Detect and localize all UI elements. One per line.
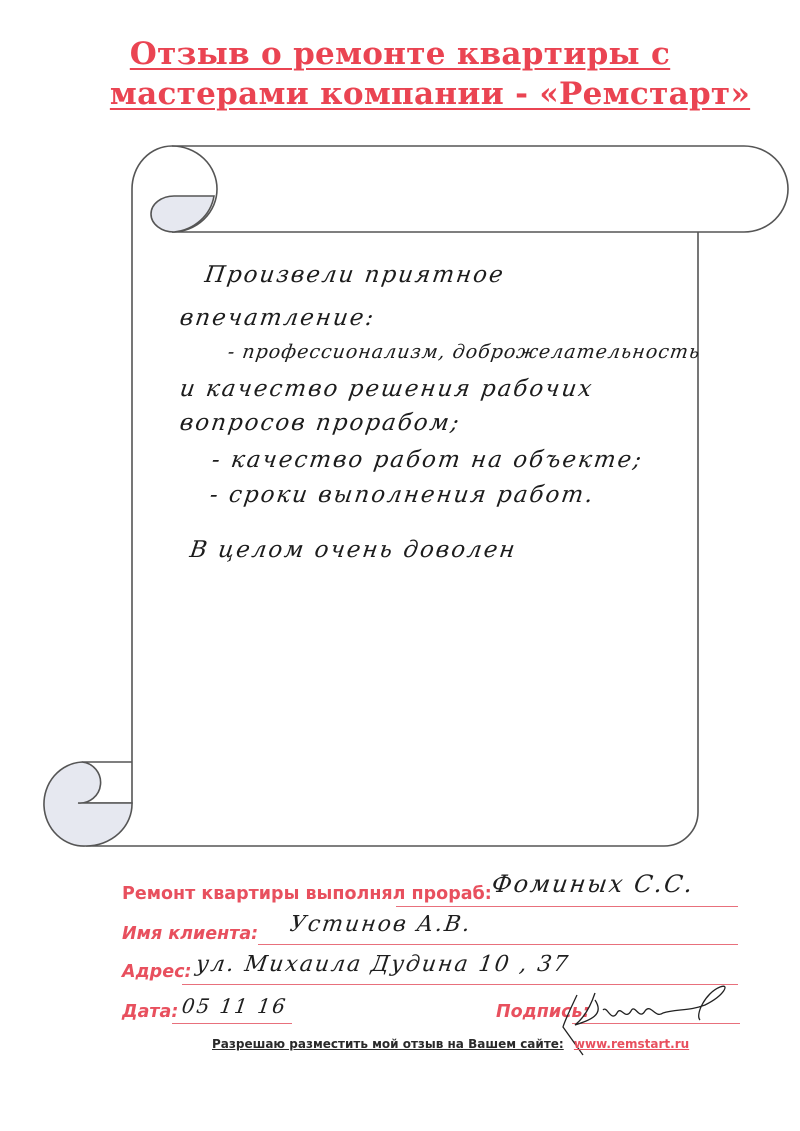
foreman-value: Фоминых С.С. [490,870,696,898]
foreman-label: Ремонт квартиры выполнял прораб: [122,884,492,904]
review-line: - качество работ на объекте; [210,447,645,473]
date-value: 05 11 16 [180,994,288,1018]
foreman-line [396,906,738,907]
address-value: ул. Михаила Дудина 10 , 37 [194,952,571,977]
date-line [172,1023,292,1024]
review-line: - сроки выполнения работ. [208,482,596,508]
date-label: Дата: [122,1002,178,1022]
permission-text: Разрешаю разместить мой отзыв на Вашем с… [212,1037,564,1051]
website-link[interactable]: www.remstart.ru [574,1037,689,1051]
client-label: Имя клиента: [122,924,258,944]
review-line: В целом очень доволен [188,537,518,563]
review-line: Произвели приятное [203,262,506,288]
address-label: Адрес: [122,962,191,982]
client-value: Устинов А.В. [288,912,473,937]
review-line: впечатление: [178,305,377,331]
scroll-curl-top [151,196,214,232]
footer: Разрешаю разместить мой отзыв на Вашем с… [212,1037,689,1051]
client-line [258,944,738,945]
review-line: вопросов прорабом; [178,410,462,436]
review-line: и качество решения рабочих [178,376,595,402]
scroll-curl-bottom [44,762,132,846]
review-line: - профессионализм, доброжелательность [226,341,701,363]
signature-mark [555,975,745,1065]
